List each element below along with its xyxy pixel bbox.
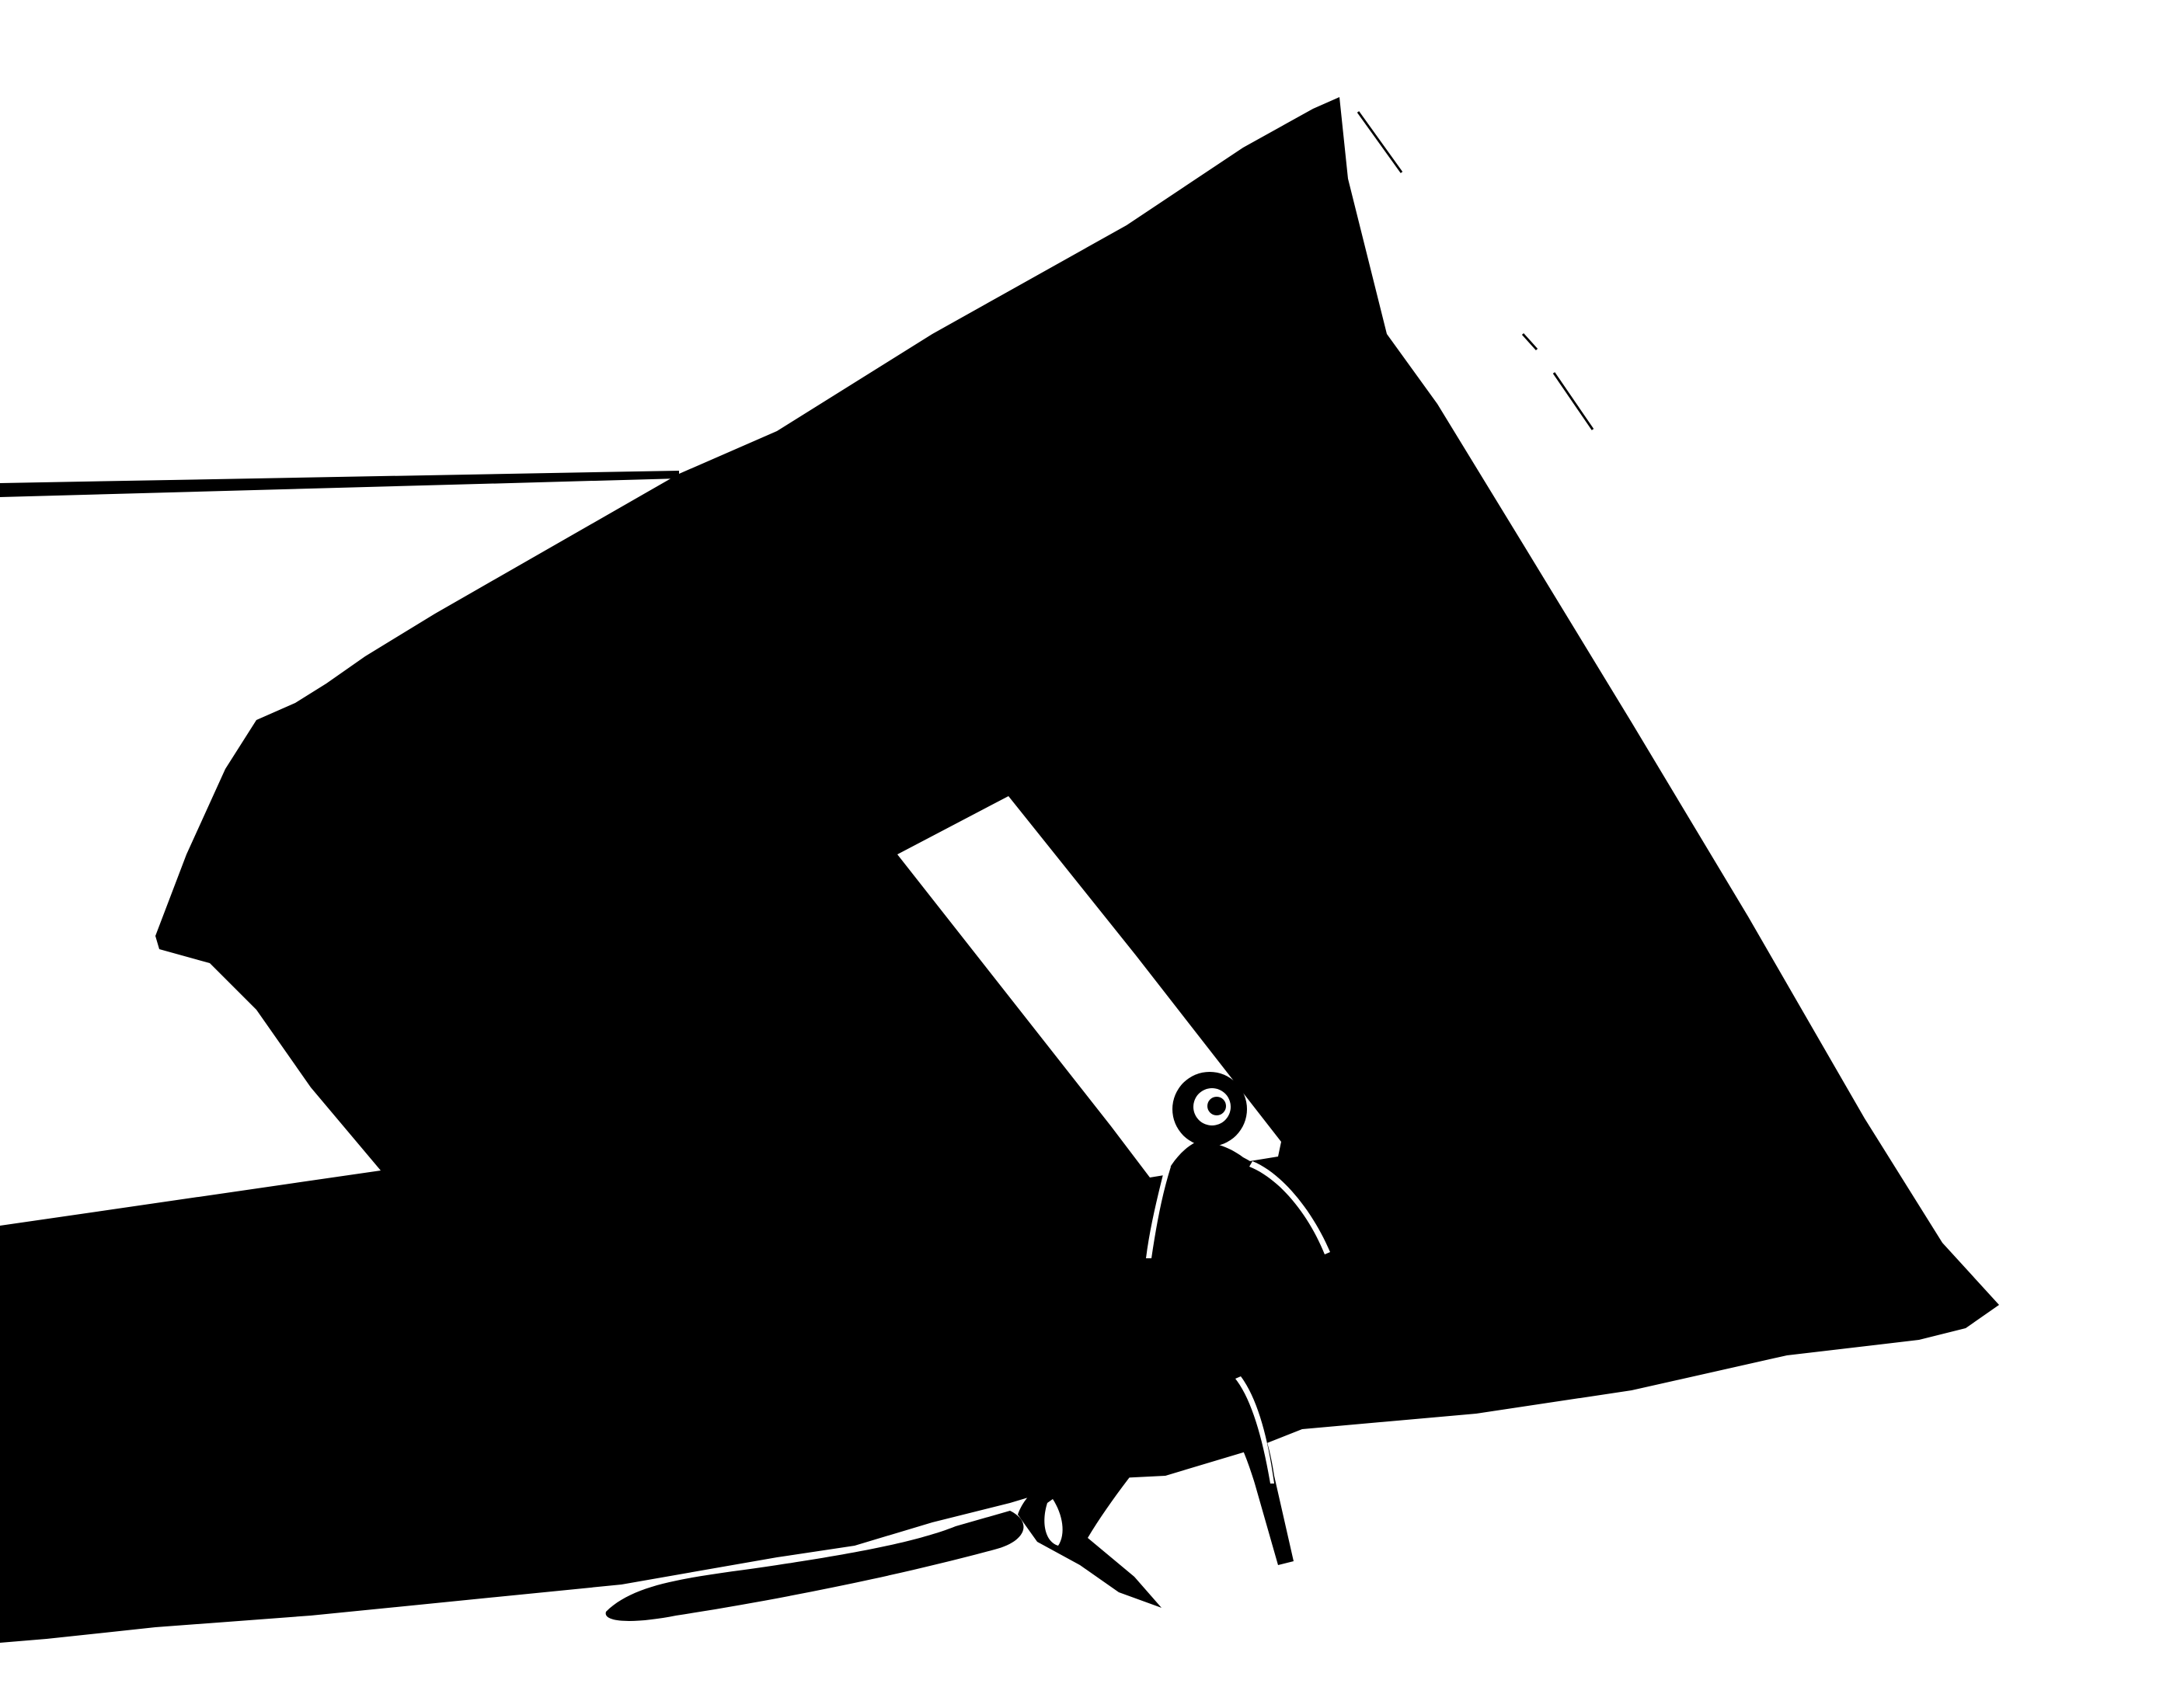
photo-scene — [0, 0, 2163, 1708]
head-spiral-core — [1207, 1097, 1226, 1115]
